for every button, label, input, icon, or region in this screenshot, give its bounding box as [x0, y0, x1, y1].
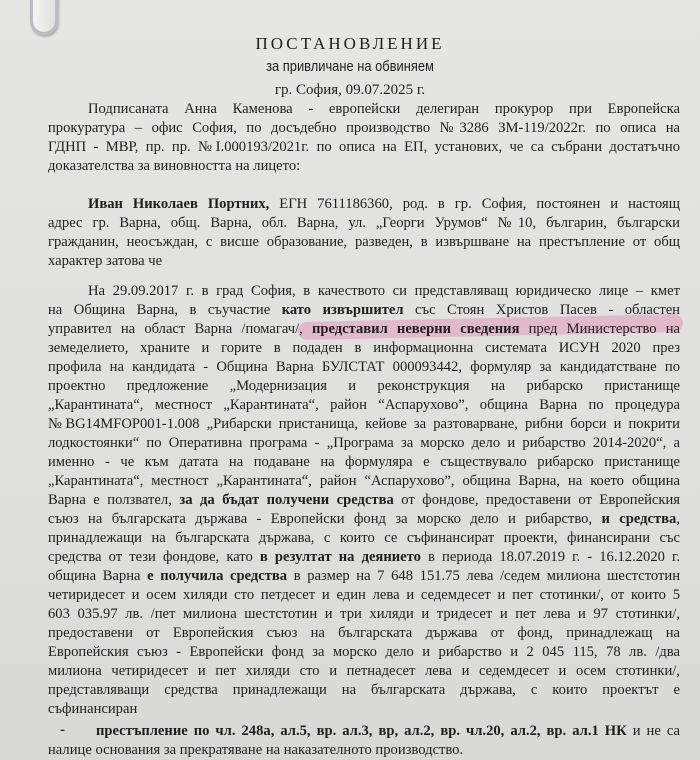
paragraph-line: „Карантината“, местност „Карантината“, р… [48, 472, 680, 490]
accused-line: Иван Николаев Портних, ЕГН 7611186360, р… [88, 195, 680, 213]
paragraph-line: на Община Варна, в съучастие като извърш… [48, 301, 680, 319]
paragraph-line: Подписаната Анна Каменова - европейски д… [88, 100, 680, 118]
document-subtitle: за привличане на обвиняем [49, 55, 651, 78]
paragraph-line: съфинансиран [48, 700, 680, 718]
document-header: ПОСТАНОВЛЕНИЕ за привличане на обвиняем … [0, 33, 700, 102]
accused-name: Иван Николаев Портних, [88, 196, 269, 212]
crime-article: престъпление по чл. 248а, ал.5, вр. ал.3… [96, 723, 627, 739]
paragraph-line: гражданин, неосъждан, с висше образовани… [48, 233, 680, 251]
paragraph-line: милиона четиридесет и пет хиляди сто и п… [48, 662, 680, 680]
paragraph-line: адрес гр. Варна, общ. Варна, обл. Варна,… [48, 214, 680, 232]
document-page: ПОСТАНОВЛЕНИЕ за привличане на обвиняем … [0, 0, 700, 760]
paragraph-line: Европейския съюз - Европейски фонд за мо… [48, 643, 680, 661]
paragraph-line: 603 035.97 лв. /пет милиона шестстотин и… [48, 605, 680, 623]
paragraph-line: четиридесет и осем хиляди сто петдесет и… [48, 586, 680, 604]
paragraph-line: съюз на българската държава - Европейски… [48, 510, 680, 528]
paragraph-line: На 29.09.2017 г. в град София, в качеств… [88, 282, 680, 300]
paragraph-line: Варна е ползвател, за да бъдат получени … [48, 491, 680, 509]
highlighted-line: управител на област Варна /помагач/, пре… [48, 320, 680, 338]
paragraph-line: „Карантината“, местност „Карантината“, р… [48, 396, 680, 414]
paragraph-line: №BG14MFOP001-1.008 „Рибарски пристанища,… [48, 415, 680, 433]
paragraph-line: прокуратура – офис София, по досъдебно п… [48, 119, 680, 137]
paragraph-line: ГДНП - МВР, пр. пр. №I.000193/2021г. по … [48, 138, 680, 156]
paragraph-line: характер затова че [48, 252, 680, 270]
document-place-date: гр. София, 09.07.2025 г. [0, 78, 700, 102]
paragraph-line: община Варна е получила средства в разме… [48, 567, 680, 585]
paragraph-line: средства от тези фондове, като в резулта… [48, 548, 680, 566]
crime-qualification-line: престъпление по чл. 248а, ал.5, вр. ал.3… [96, 722, 680, 740]
paragraph-line: представляващи средства принадлежащи на … [48, 681, 680, 699]
list-bullet: - [60, 722, 65, 739]
paragraph-line: лодкостоянки“ по Оперативна програма - „… [48, 434, 680, 452]
paragraph-line: предоставени от Европейския съюз на бълг… [48, 624, 680, 642]
paragraph-line: проектно предложение „Модернизация и рек… [48, 377, 680, 395]
paragraph-line: земеделието, храните и горите в подаден … [48, 339, 680, 357]
paragraph-line: именно - че към датата на подаване на фо… [48, 453, 680, 471]
paragraph-line: доказателства за виновността на лицето: [48, 157, 680, 175]
paragraph-line: профила на кандидата - Община Варна БУЛС… [48, 358, 680, 376]
paperclip-icon [30, 0, 58, 35]
paragraph-line: налице основания за прекратяване на нака… [48, 741, 680, 759]
document-title: ПОСТАНОВЛЕНИЕ [0, 33, 700, 55]
highlighted-phrase: представил неверни сведения [312, 321, 520, 337]
paragraph-line: принадлежащи на българската държава, с к… [48, 529, 680, 547]
